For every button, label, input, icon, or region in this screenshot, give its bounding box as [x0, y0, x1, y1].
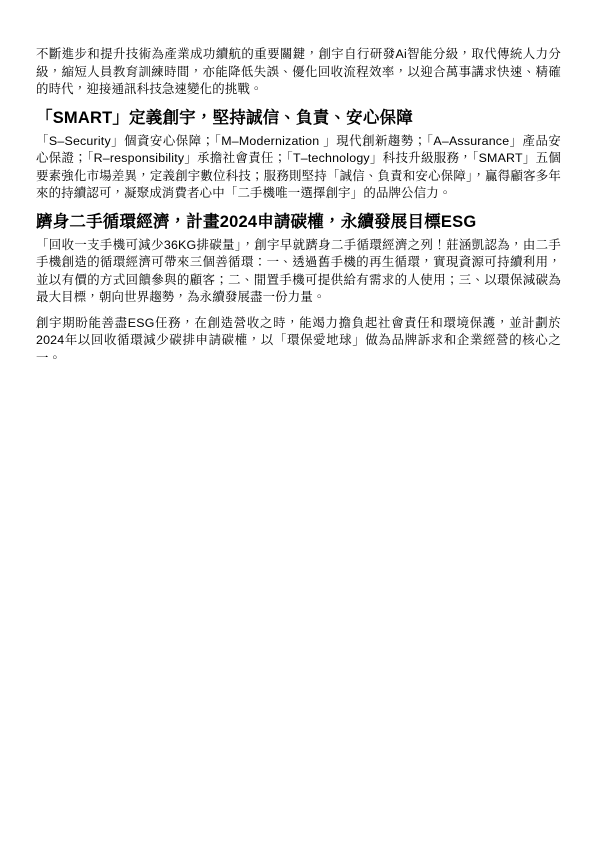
- document-page: 不斷進步和提升技術為產業成功續航的重要關鍵，創宇自行研發Ai智能分級，取代傳統人…: [0, 0, 595, 842]
- heading-smart-definition: 「SMART」定義創宇，堅持誠信、負責、安心保障: [36, 107, 561, 129]
- paragraph-smart-values: 「S–Security」個資安心保障；「M–Modernization 」現代創…: [36, 133, 561, 203]
- paragraph-ai-grading: 不斷進步和提升技術為產業成功續航的重要關鍵，創宇自行研發Ai智能分級，取代傳統人…: [36, 46, 561, 99]
- heading-circular-economy-esg: 躋身二手循環經濟，計畫2024申請碳權，永續發展目標ESG: [36, 211, 561, 233]
- paragraph-esg-carbon-credit: 創宇期盼能善盡ESG任務，在創造營收之時，能竭力擔負起社會責任和環境保護，並計劃…: [36, 315, 561, 368]
- paragraph-circular-economy: 「回收一支手機可減少36KG排碳量」，創宇早就躋身二手循環經濟之列！莊涵凱認為，…: [36, 237, 561, 307]
